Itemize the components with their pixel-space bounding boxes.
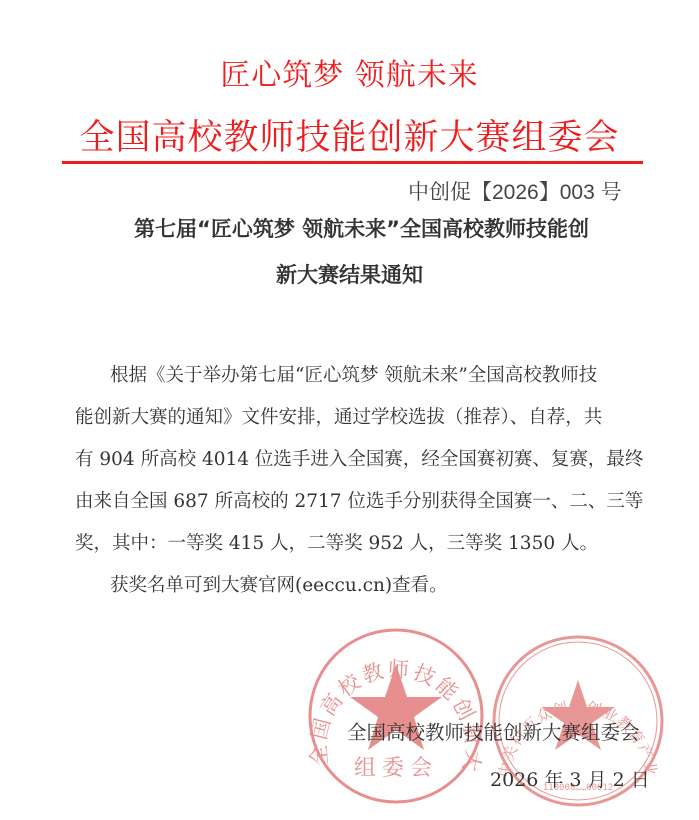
- signature-organization: 全国高校教师技能创新大赛组委会: [347, 717, 640, 745]
- official-seals: 全国高校教师技能创新大赛 组委会 中关村万众创新创业教育产业促进中心 11000…: [0, 0, 699, 820]
- left-seal: 全国高校教师技能创新大赛 组委会: [0, 0, 486, 802]
- right-seal: 中关村万众创新创业教育产业促进中心 110008……00012: [0, 0, 662, 805]
- signature-date: 2026 年 3 月 2 日: [490, 765, 650, 792]
- svg-text:全国高校教师技能创新大赛: 全国高校教师技能创新大赛: [0, 0, 486, 776]
- svg-text:组委会: 组委会: [354, 756, 438, 781]
